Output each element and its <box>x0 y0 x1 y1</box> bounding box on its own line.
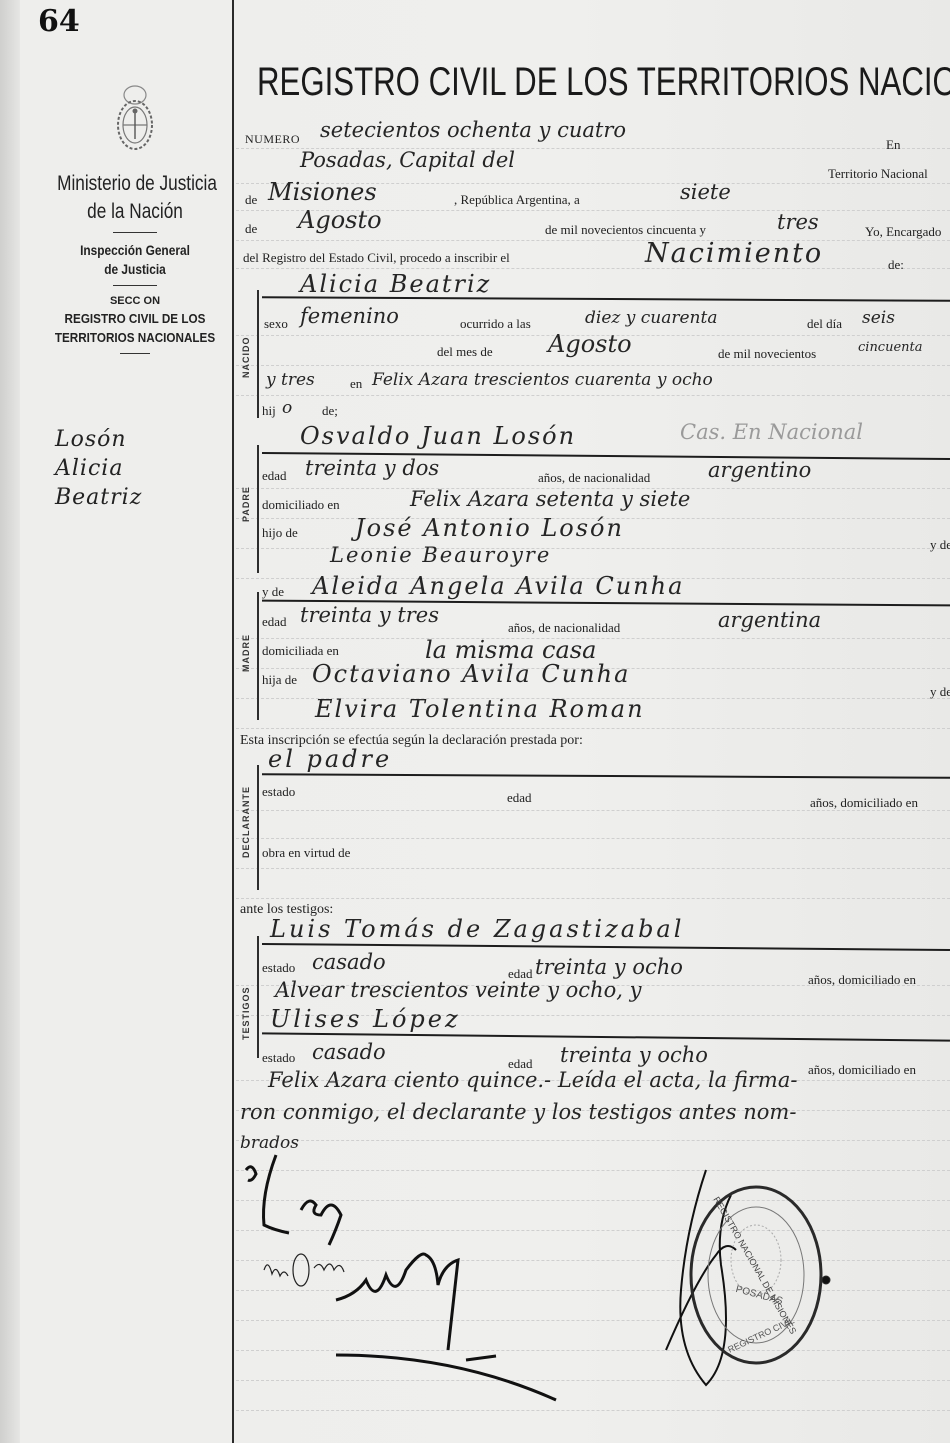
ministry-line-2: de la Nación <box>57 198 213 226</box>
lugar-value: Felix Azara trescientos cuarenta y ocho <box>372 370 713 390</box>
padre-name-value: Osvaldo Juan Losón <box>300 422 576 450</box>
republica-label: , República Argentina, a <box>454 192 580 208</box>
binding-edge <box>0 0 20 1443</box>
madre-bracket <box>257 592 259 720</box>
declarante-estado-label: estado <box>262 784 295 800</box>
underline <box>262 296 950 302</box>
nacido-section-label: NACIDO <box>241 337 251 379</box>
hijo-de-label: de; <box>322 403 338 419</box>
document-page: 64 Ministerio de Justicia de la Nación I… <box>0 0 950 1443</box>
testigos-bracket <box>257 936 259 1058</box>
sexo-value: femenino <box>300 304 399 328</box>
anio-value: cincuenta <box>858 340 923 355</box>
padre-hijo-value: José Antonio Losón <box>355 514 624 542</box>
nacido-name-value: Alicia Beatriz <box>300 270 491 298</box>
testigo-2-estado: casado <box>312 1040 386 1064</box>
padre-bracket <box>257 445 259 573</box>
document-title: REGISTRO CIVIL DE LOS TERRITORIOS NACION… <box>257 60 950 105</box>
padre-name-strikeout: Cas. En Nacional <box>680 420 863 444</box>
en-label: En <box>886 137 900 153</box>
padre-section-label: PADRE <box>241 486 251 522</box>
section-label: SECC ON <box>40 294 230 309</box>
madre-y-de-label: y de <box>262 584 284 600</box>
madre-nac-value: argentina <box>718 608 821 632</box>
signature-declarante-icon <box>246 1155 341 1245</box>
margin-note-middle-name: Beatriz <box>55 483 142 512</box>
testigo-1-domicilio: Alvear trescientos veinte y ocho, y <box>275 978 641 1002</box>
declarante-bracket <box>257 765 259 890</box>
de-label: de <box>245 192 257 208</box>
madre-edad-label: edad <box>262 614 287 630</box>
ocurrido-label: ocurrido a las <box>460 316 531 332</box>
signature-witness-1-icon <box>264 1254 344 1286</box>
madre-nac-label: años, de nacionalidad <box>508 620 620 636</box>
numero-label: NUMERO <box>245 132 300 147</box>
underline <box>262 773 950 779</box>
numero-value: setecientos ochenta y cuatro <box>320 118 626 142</box>
territorio-label: Territorio Nacional <box>828 166 928 182</box>
testigo-1-name: Luis Tomás de Zagastizabal <box>270 915 684 943</box>
margin-note-surname: Losón <box>55 425 142 454</box>
month-value: Agosto <box>298 206 382 234</box>
page-number: 64 <box>38 4 80 39</box>
madre-section-label: MADRE <box>241 634 251 672</box>
padre-nac-label: años, de nacionalidad <box>538 470 650 486</box>
year-value: tres <box>777 210 819 234</box>
closing-line-2: ron conmigo, el declarante y los testigo… <box>240 1100 796 1124</box>
inspection-line-2: de Justicia <box>54 260 216 279</box>
testigo-2-domicilio: Felix Azara ciento quince.- Leída el act… <box>268 1068 797 1092</box>
padre-dom-value: Felix Azara setenta y siete <box>410 487 690 511</box>
testigo-1-anios-label: años, domiciliado en <box>808 972 916 988</box>
padre-nac-value: argentino <box>708 458 811 482</box>
ministry-line-1: Ministerio de Justicia <box>57 170 213 198</box>
mes-label: del mes de <box>437 344 493 360</box>
margin-divider <box>232 0 234 1443</box>
year-label: de mil novecientos cincuenta y <box>545 222 706 238</box>
signature-officer-icon <box>336 1254 556 1400</box>
madre-name-value: Aleida Angela Avila Cunha <box>312 572 684 600</box>
testigo-2-edad: treinta y ocho <box>560 1043 708 1067</box>
padre-hijo-value-2: Leonie Beauroyre <box>330 543 551 567</box>
margin-note-first-name: Alicia <box>55 454 142 483</box>
testigo-1-estado-label: estado <box>262 960 295 976</box>
padre-dom-label: domiciliado en <box>262 497 340 513</box>
registro-label: del Registro del Estado Civil, procedo a… <box>243 250 510 266</box>
ministry-header: Ministerio de Justicia de la Nación Insp… <box>40 170 230 362</box>
lugar-label: en <box>350 376 362 392</box>
declarante-obra-label: obra en virtud de <box>262 845 350 861</box>
madre-dom-label: domiciliada en <box>262 643 339 659</box>
mes-value: Agosto <box>548 330 632 358</box>
testigo-1-estado: casado <box>312 950 386 974</box>
divider <box>113 285 157 286</box>
coat-of-arms-icon <box>113 83 157 155</box>
dia-value: seis <box>862 308 895 328</box>
testigo-2-name: Ulises López <box>270 1005 461 1033</box>
nacido-bracket <box>257 290 259 418</box>
yo-label: Yo, Encargado <box>865 224 941 240</box>
signatures <box>236 1150 950 1410</box>
hijo-label: hij <box>262 403 276 419</box>
declarante-section-label: DECLARANTE <box>241 786 251 858</box>
place-value: Posadas, Capital del <box>300 148 515 172</box>
margin-note: Losón Alicia Beatriz <box>55 425 142 512</box>
padre-edad-value: treinta y dos <box>305 456 439 480</box>
testigo-1-edad: treinta y ocho <box>535 955 683 979</box>
divider <box>120 353 150 354</box>
act-type-value: Nacimiento <box>645 238 823 269</box>
section-line-2: TERRITORIOS NACIONALES <box>50 328 221 347</box>
madre-y-de-label-2: y de <box>930 684 950 700</box>
territory-value: Misiones <box>268 178 377 206</box>
declarante-value: el padre <box>268 745 392 773</box>
madre-hija-label: hija de <box>262 672 297 688</box>
padre-edad-label: edad <box>262 468 287 484</box>
testigos-section-label: TESTIGOS <box>241 986 251 1040</box>
madre-edad-value: treinta y tres <box>300 603 439 627</box>
sexo-label: sexo <box>264 316 288 332</box>
inspection-line-1: Inspección General <box>54 241 216 260</box>
padre-y-de-label: y de <box>930 537 950 553</box>
testigo-2-anios-label: años, domiciliado en <box>808 1062 916 1078</box>
dia-label: del día <box>807 316 842 332</box>
day-value: siete <box>680 180 731 204</box>
declarante-edad-label: edad <box>507 790 532 806</box>
anio-value-2: y tres <box>266 370 315 390</box>
padre-hijo-label: hijo de <box>262 525 298 541</box>
de3-label: de: <box>888 257 904 273</box>
madre-hija-value-2: Elvira Tolentina Roman <box>315 695 645 723</box>
declarante-anios-label: años, domiciliado en <box>810 795 918 811</box>
hijo-suffix: o <box>282 398 292 418</box>
anio-label: de mil novecientos <box>718 346 816 362</box>
divider <box>113 232 157 233</box>
madre-hija-value: Octaviano Avila Cunha <box>312 660 630 688</box>
de2-label: de <box>245 221 257 237</box>
hora-value: diez y cuarenta <box>585 308 717 328</box>
section-line-1: REGISTRO CIVIL DE LOS <box>50 309 221 328</box>
testigo-2-estado-label: estado <box>262 1050 295 1066</box>
